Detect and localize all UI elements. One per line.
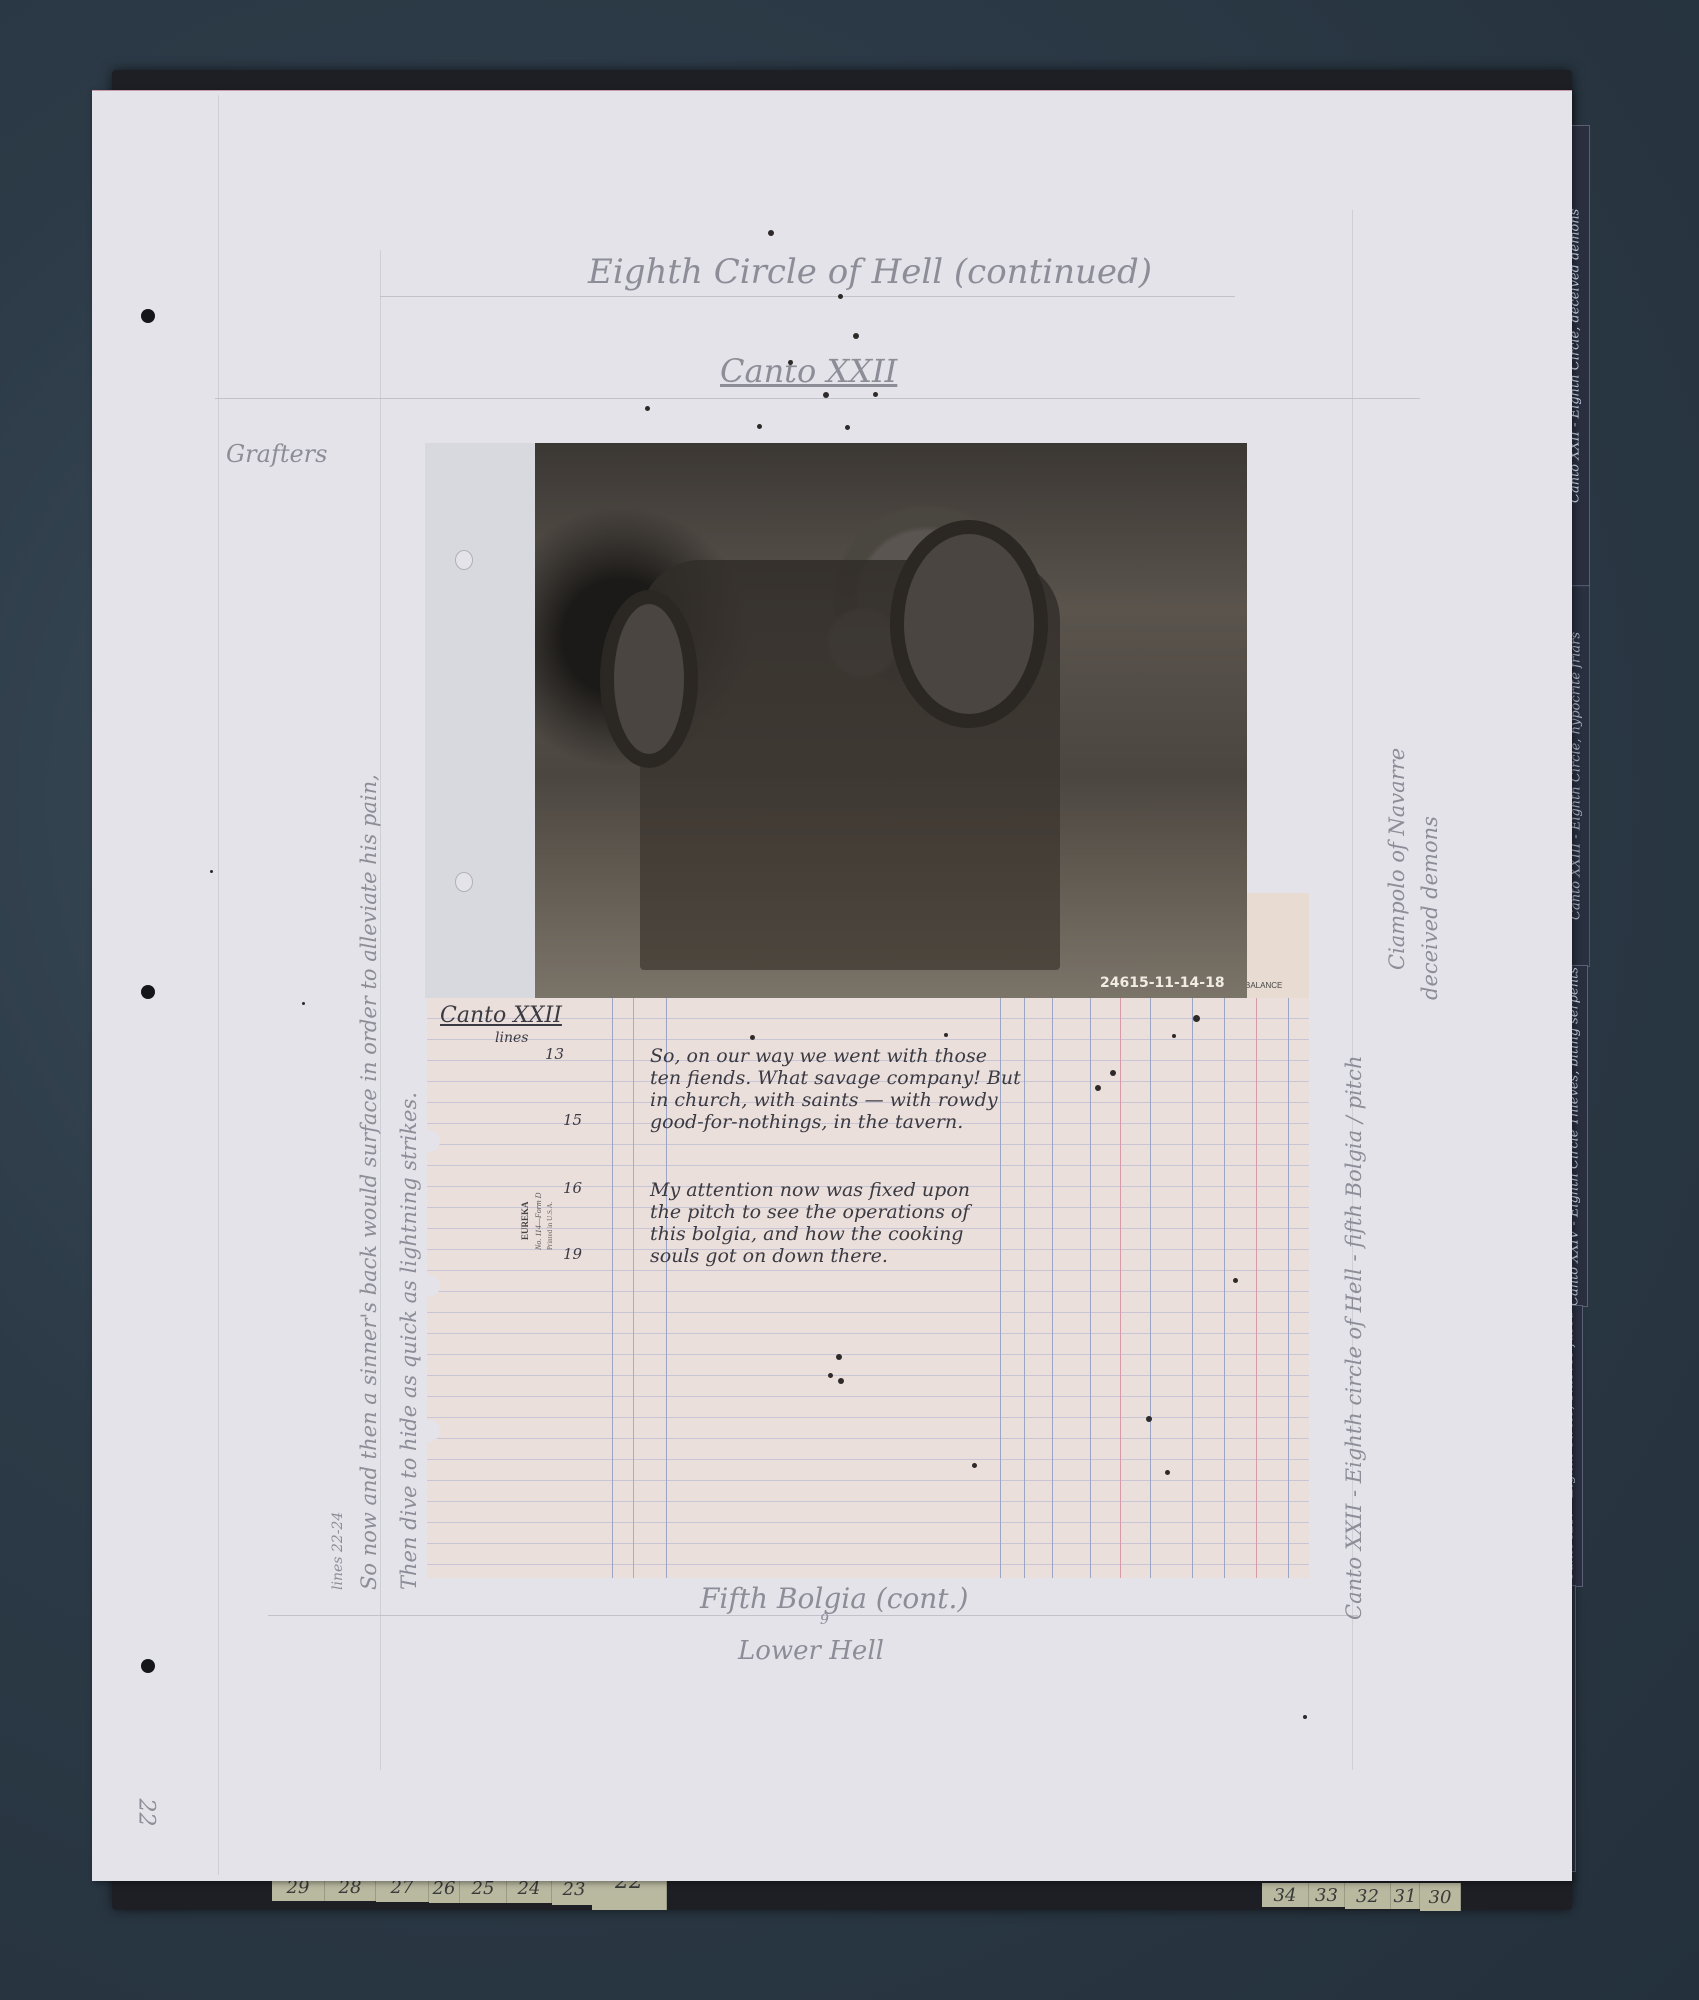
entry-text: My attention now was fixed upon	[650, 1179, 970, 1201]
bottom-tab[interactable]: 33	[1309, 1883, 1345, 1907]
mount-hole	[455, 550, 473, 570]
entry-text: this bolgia, and how the cooking	[650, 1223, 963, 1245]
ink-splatter	[750, 1035, 755, 1040]
flywheel	[600, 590, 698, 768]
ledger-entry: this bolgia, and how the cooking	[545, 1223, 1245, 1245]
ledger-entry: 13So, on our way we went with those	[545, 1045, 1245, 1067]
ledger-entry: 16My attention now was fixed upon	[545, 1179, 1245, 1201]
right-note-line2: Ciampolo of Navarre	[1385, 748, 1409, 970]
bottom-tab[interactable]: 31	[1391, 1883, 1420, 1909]
ledger-notch	[418, 1275, 440, 1297]
entry-text: good-for-nothings, in the tavern.	[650, 1111, 963, 1179]
footer-rule	[268, 1615, 1358, 1616]
photo-caption-number: 24615-11-14-18	[1100, 975, 1225, 991]
left-note-line-ref: lines 22-24	[330, 1512, 346, 1590]
mount-hole	[455, 872, 473, 892]
left-note-line2: Then dive to hide as quick as lightning …	[397, 1092, 421, 1590]
ledger-entry: ten fiends. What savage company! But	[545, 1067, 1245, 1089]
ink-splatter	[838, 294, 843, 299]
ledger-notch	[418, 1130, 440, 1152]
ledger-rule	[1256, 998, 1257, 1578]
entry-text: in church, with saints — with rowdy	[650, 1089, 998, 1111]
footer-title: Fifth Bolgia (cont.)	[700, 1582, 968, 1615]
right-note-line3: deceived demons	[1418, 816, 1442, 1000]
bottom-tabs-right: 34 33 32 31 30	[1262, 1883, 1461, 1911]
ledger-entries: 13So, on our way we went with those ten …	[545, 1045, 1245, 1267]
ledger-rule	[1288, 998, 1289, 1578]
entry-text: ten fiends. What savage company! But	[650, 1067, 1021, 1089]
ink-splatter	[788, 360, 793, 365]
ink-splatter	[828, 1373, 833, 1378]
heading-rule	[215, 398, 1420, 399]
ink-splatter	[836, 1354, 842, 1360]
flywheel	[890, 520, 1048, 728]
ink-splatter	[757, 424, 762, 429]
ink-splatter	[1233, 1278, 1238, 1283]
footer-mark: 9	[820, 1612, 829, 1628]
ink-splatter	[645, 406, 650, 411]
ledger-brand: EUREKA	[520, 1201, 530, 1240]
canto-heading: Canto XXII	[720, 352, 897, 390]
ink-splatter	[1303, 1715, 1307, 1719]
ink-splatter	[823, 392, 829, 398]
left-note-line1: So now and then a sinner's back would su…	[357, 774, 381, 1590]
page-number: 22	[134, 1799, 159, 1827]
ink-splatter	[972, 1463, 977, 1468]
ink-splatter	[944, 1033, 948, 1037]
entry-line-number	[545, 1067, 585, 1089]
ledger-notch	[418, 1420, 440, 1442]
entry-line-number: 13	[545, 1045, 585, 1067]
entry-text: souls got on down there.	[650, 1245, 888, 1267]
entry-line-number	[545, 1089, 585, 1111]
ledger-heading: Canto XXII	[440, 1003, 562, 1028]
ink-splatter	[1110, 1070, 1116, 1076]
ink-splatter	[302, 1002, 305, 1005]
bottom-tab[interactable]: 34	[1262, 1883, 1309, 1907]
ledger-entry: 19souls got on down there.	[545, 1245, 1245, 1267]
header-title: Eighth Circle of Hell (continued)	[588, 252, 1152, 292]
margin-guide	[218, 95, 219, 1875]
left-margin-label: Grafters	[226, 440, 327, 468]
ink-splatter	[853, 333, 859, 339]
entry-line-number: 16	[563, 1179, 603, 1201]
entry-text: the pitch to see the operations of	[650, 1201, 969, 1223]
footer-subtitle: Lower Hell	[738, 1636, 884, 1666]
binder-hole	[141, 309, 155, 323]
ink-splatter	[873, 392, 878, 397]
ledger-lines-label: lines	[495, 1030, 528, 1046]
ink-splatter	[210, 870, 213, 873]
ink-splatter	[1165, 1470, 1170, 1475]
ink-splatter	[1193, 1015, 1200, 1022]
binder-hole	[141, 1659, 155, 1673]
entry-line-number	[545, 1201, 585, 1223]
entry-line-number	[545, 1223, 585, 1245]
binder-hole	[141, 985, 155, 999]
ink-splatter	[1146, 1416, 1152, 1422]
right-note-line1: Canto XXII - Eighth circle of Hell - fif…	[1342, 1056, 1366, 1620]
ink-splatter	[768, 230, 774, 236]
bottom-tab[interactable]: 30	[1420, 1883, 1461, 1911]
ledger-top-strip: BALANCE	[1245, 893, 1309, 999]
entry-text: So, on our way we went with those	[650, 1045, 987, 1067]
entry-line-number: 15	[563, 1111, 603, 1179]
ink-splatter	[1172, 1034, 1176, 1038]
ink-splatter	[845, 425, 850, 430]
title-rule	[380, 296, 1235, 297]
entry-line-number: 19	[563, 1245, 603, 1267]
ledger-form: No. 114—Form D	[534, 1193, 543, 1250]
balance-header: BALANCE	[1245, 981, 1282, 990]
ledger-entry: 15good-for-nothings, in the tavern.	[545, 1111, 1245, 1179]
ledger-entry: in church, with saints — with rowdy	[545, 1089, 1245, 1111]
bottom-tab[interactable]: 32	[1345, 1883, 1391, 1909]
ink-splatter	[838, 1378, 844, 1384]
ink-splatter	[1095, 1085, 1101, 1091]
ledger-entry: the pitch to see the operations of	[545, 1201, 1245, 1223]
